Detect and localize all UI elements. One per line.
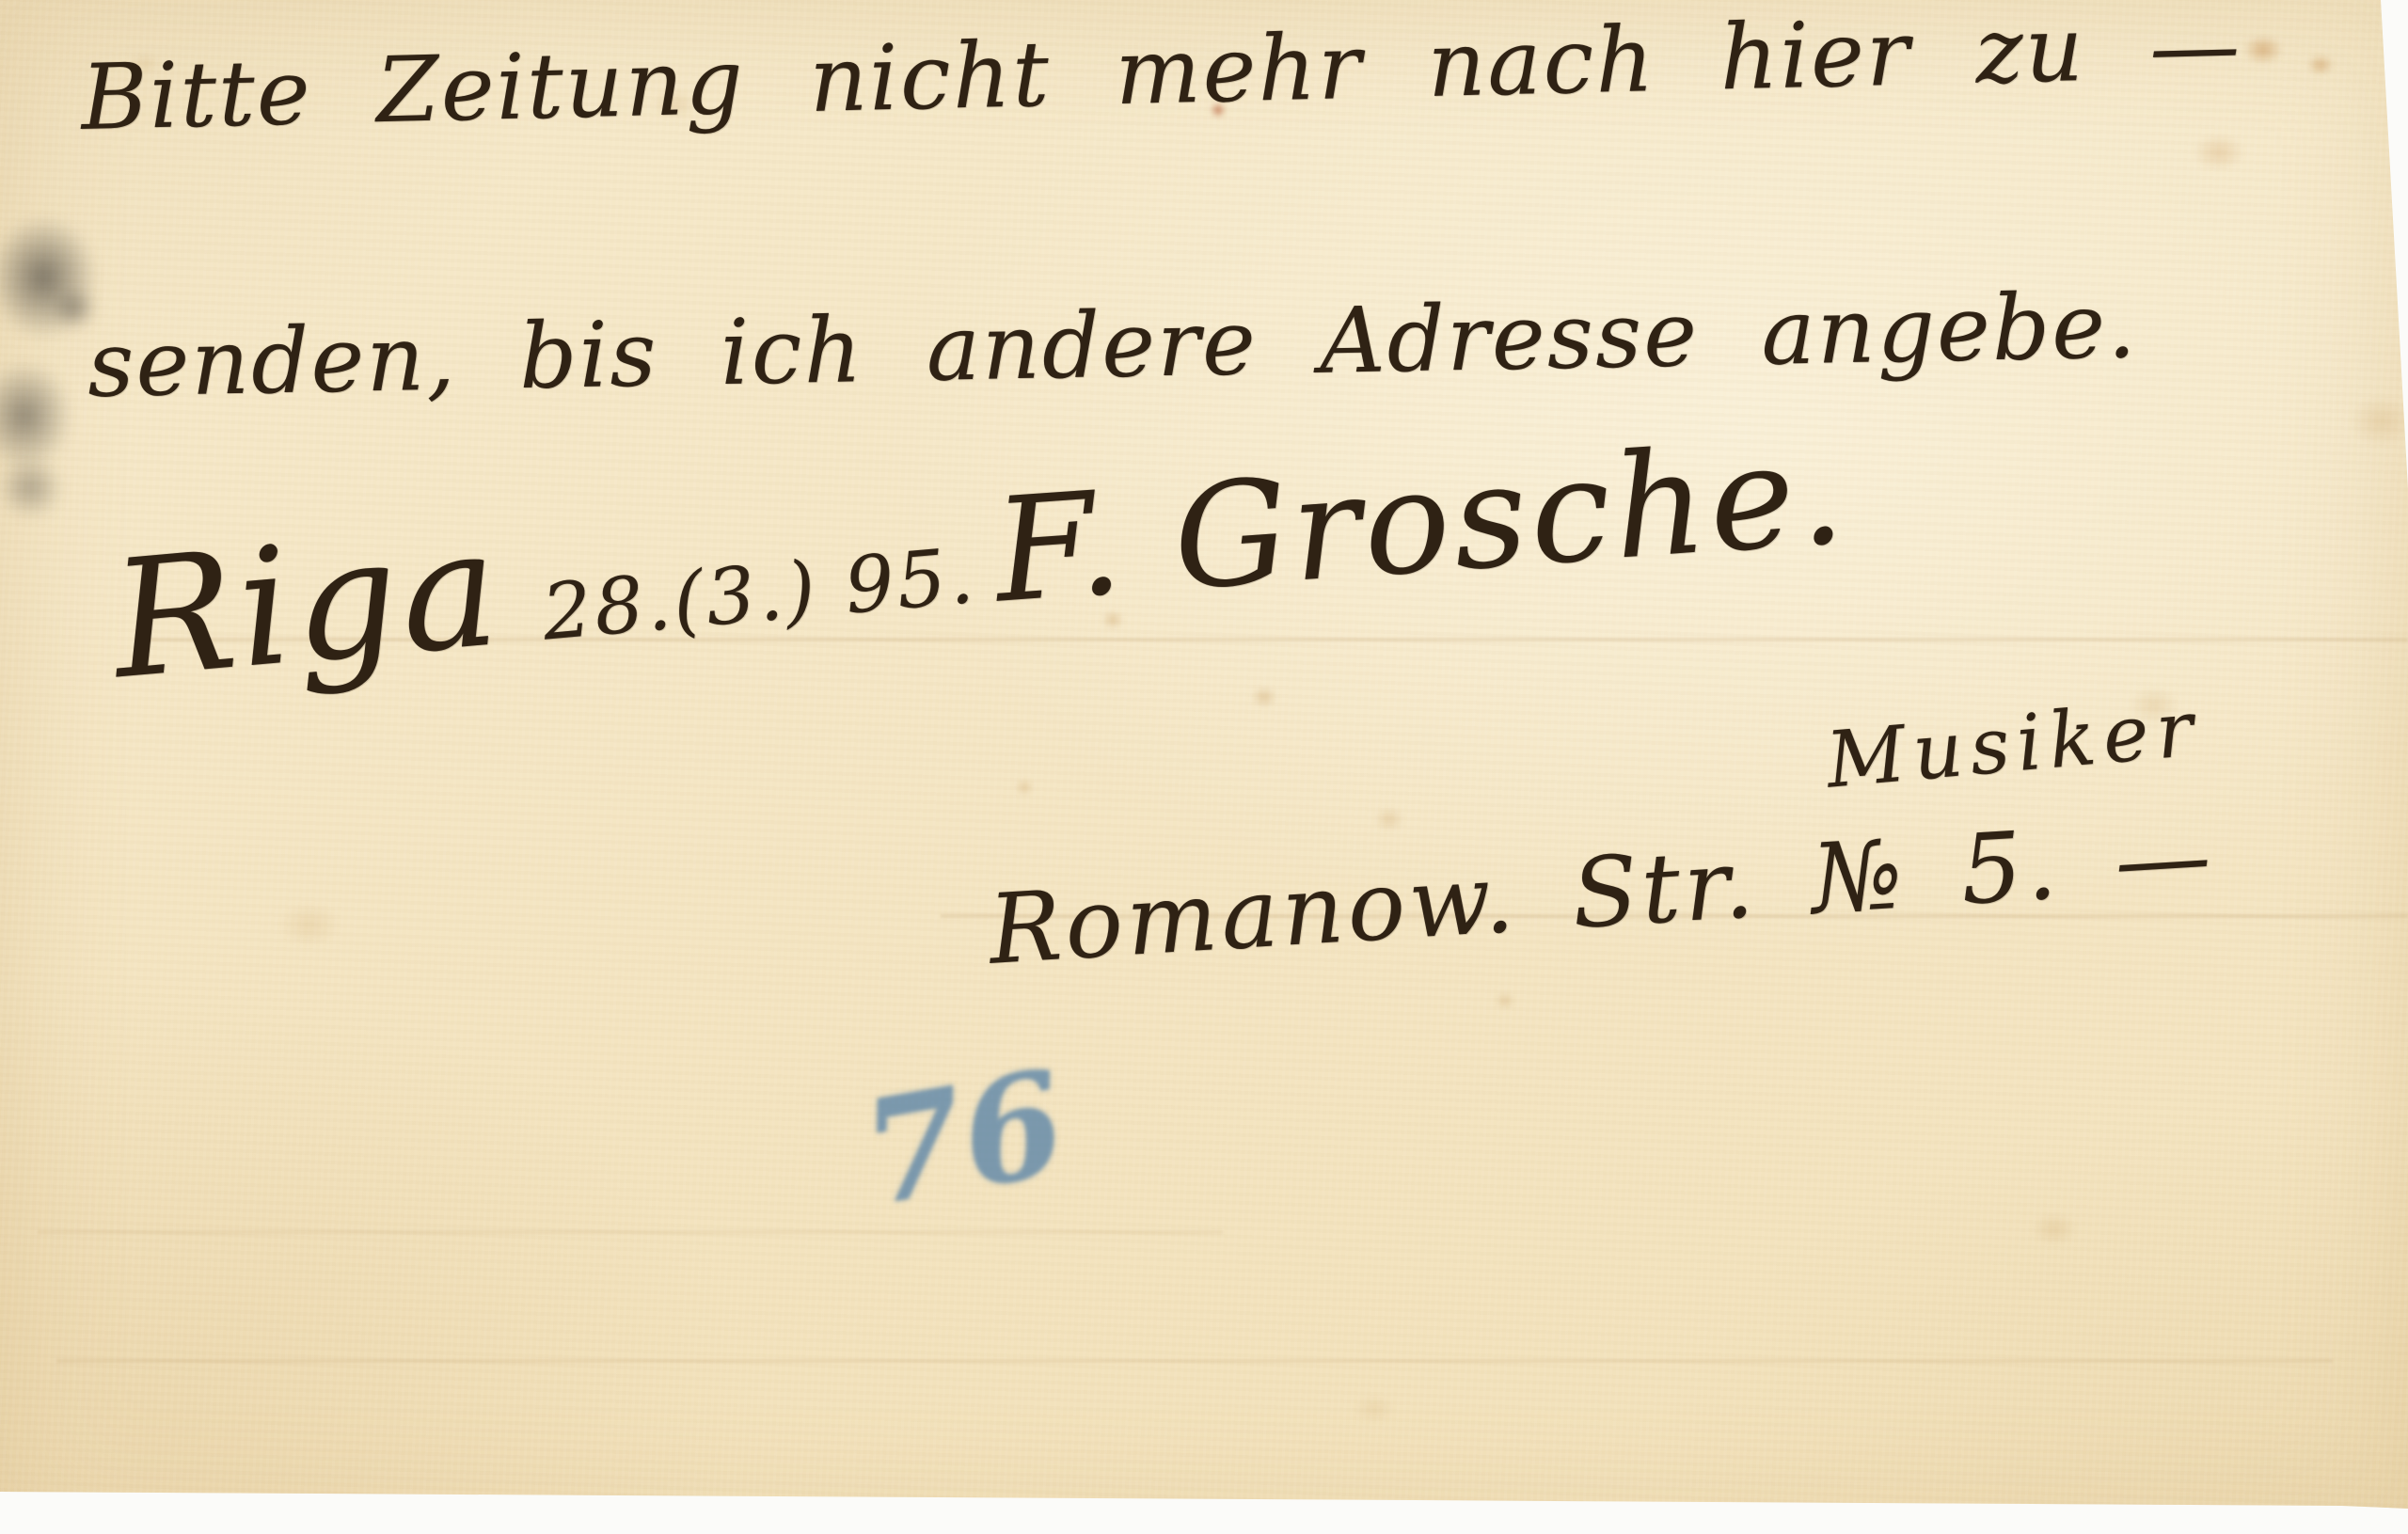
dateline: Riga28.(3.) 95.: [105, 451, 981, 715]
dateline-date: 28.(3.) 95.: [539, 531, 980, 658]
stain-spot: [1492, 989, 1518, 1012]
stain-spot: [2303, 51, 2338, 79]
stain-spot: [2184, 128, 2254, 177]
ruled-line-4: [38, 1230, 1223, 1234]
address-line: Romanow. Str. № 5. —: [986, 799, 2218, 986]
stain-spot: [2024, 1208, 2084, 1251]
postcard: Bitte Zeitung nicht mehr nach hier zu — …: [0, 0, 2408, 1534]
blue-pencil-mark: 76: [851, 1037, 1076, 1238]
stain-spot: [1247, 683, 1281, 711]
stain-spot: [2237, 30, 2289, 70]
ruled-line-3: [56, 1359, 2333, 1363]
signature: F. Grosche.: [990, 409, 1852, 635]
stain-spot: [1370, 803, 1409, 835]
dateline-place: Riga: [105, 493, 509, 715]
message-line-1: Bitte Zeitung nicht mehr nach hier zu —: [80, 0, 2242, 150]
stain-spot: [2338, 387, 2408, 455]
stain-spot: [1347, 1390, 1402, 1428]
message-line-2: senden, bis ich andere Adresse angebe.: [87, 273, 2139, 418]
stain-spot: [1012, 777, 1037, 798]
stain-spot: [269, 895, 350, 954]
scan-background: { "postcard": { "message": { "line1": "B…: [0, 0, 2408, 1534]
profession-label: Musiker: [1823, 684, 2204, 805]
